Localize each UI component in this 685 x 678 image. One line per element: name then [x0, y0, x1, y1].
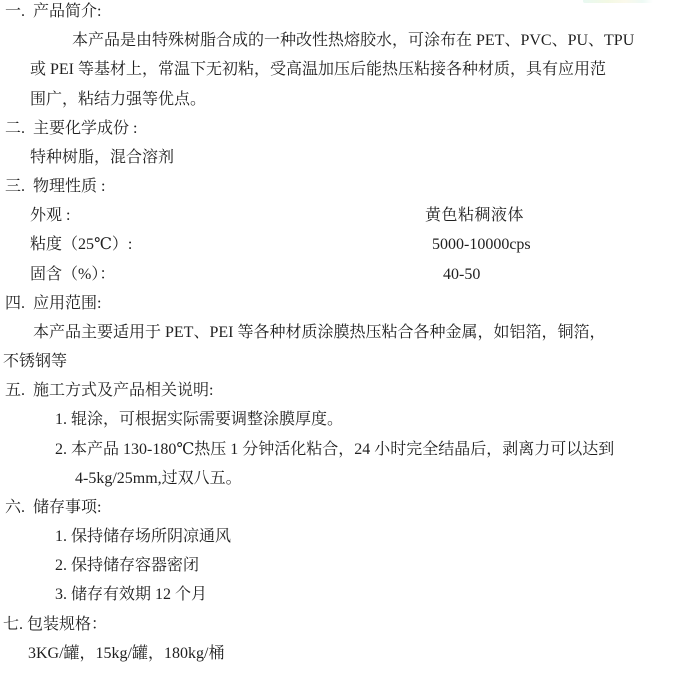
- doc-line-text: 固含（%）：: [30, 266, 115, 283]
- doc-line: 六. 储存事项:: [0, 498, 685, 520]
- doc-line: 三. 物理性质 :: [0, 177, 685, 199]
- doc-line: 不锈钢等: [0, 352, 685, 374]
- doc-line: 1. 辊涂，可根据实际需要调整涂膜厚度。: [0, 410, 685, 432]
- doc-line: 二. 主要化学成份 :: [0, 119, 685, 141]
- doc-line-text: 六. 储存事项:: [5, 499, 101, 516]
- doc-line-text: 本产品主要适用于 PET、PEI 等各种材质涂膜热压粘合各种金属，如铝箔，铜箔，: [33, 324, 605, 341]
- doc-line-text: 2. 保持储存容器密闭: [55, 557, 199, 574]
- doc-line-text: 2. 本产品 130-180℃热压 1 分钟活化粘合，24 小时完全结晶后，剥离…: [55, 441, 614, 458]
- doc-line-text: 1. 保持储存场所阴凉通风: [55, 528, 231, 545]
- doc-line: 4-5kg/25mm,过双八五。: [0, 469, 685, 491]
- doc-line-text: 七. 包装规格：: [3, 616, 107, 633]
- doc-line-text: 三. 物理性质 :: [5, 178, 105, 195]
- doc-line-text: 二. 主要化学成份 :: [5, 120, 137, 137]
- doc-line-text: 五. 施工方式及产品相关说明:: [5, 382, 213, 399]
- doc-line-text: 或 PEI 等基材上，常温下无初粘，受高温加压后能热压粘接各种材质，具有应用范: [30, 61, 606, 78]
- doc-line-text: 3KG/罐，15kg/罐，180kg/桶: [28, 645, 224, 662]
- doc-line-text: 不锈钢等: [3, 353, 67, 370]
- doc-line: 2. 本产品 130-180℃热压 1 分钟活化粘合，24 小时完全结晶后，剥离…: [0, 440, 685, 462]
- doc-line: 七. 包装规格：: [0, 615, 685, 637]
- doc-line: 3KG/罐，15kg/罐，180kg/桶: [0, 644, 685, 666]
- property-value: 40-50: [443, 265, 480, 285]
- doc-line-text: 4-5kg/25mm,过双八五。: [75, 470, 242, 487]
- doc-line-text: 本产品是由特殊树脂合成的一种改性热熔胶水，可涂布在 PET、PVC、PU、TPU: [72, 32, 634, 49]
- doc-line-text: 一. 产品简介:: [5, 3, 101, 20]
- property-value: 5000-10000cps: [432, 235, 531, 255]
- doc-line-text: 1. 辊涂，可根据实际需要调整涂膜厚度。: [55, 411, 343, 428]
- doc-line-text: 粘度（25℃）:: [30, 236, 132, 253]
- doc-line: 3. 储存有效期 12 个月: [0, 585, 685, 607]
- doc-line: 五. 施工方式及产品相关说明:: [0, 381, 685, 403]
- doc-line-text: 特种树脂，混合溶剂: [30, 149, 174, 166]
- doc-line: 一. 产品简介:: [0, 2, 685, 24]
- doc-line-text: 围广，粘结力强等优点。: [30, 91, 206, 108]
- document-page: 一. 产品简介:本产品是由特殊树脂合成的一种改性热熔胶水，可涂布在 PET、PV…: [0, 0, 685, 678]
- doc-line: 围广，粘结力强等优点。: [0, 90, 685, 112]
- doc-line-text: 四. 应用范围:: [5, 295, 101, 312]
- doc-line: 2. 保持储存容器密闭: [0, 556, 685, 578]
- doc-line: 1. 保持储存场所阴凉通风: [0, 527, 685, 549]
- doc-line: 四. 应用范围:: [0, 294, 685, 316]
- doc-line-text: 3. 储存有效期 12 个月: [55, 586, 207, 603]
- doc-line: 本产品是由特殊树脂合成的一种改性热熔胶水，可涂布在 PET、PVC、PU、TPU: [0, 31, 685, 53]
- doc-line: 固含（%）：40-50: [0, 265, 685, 287]
- doc-line: 外观 :黄色粘稠液体: [0, 206, 685, 228]
- doc-line-text: 外观 :: [30, 207, 70, 224]
- property-value: 黄色粘稠液体: [425, 206, 524, 226]
- doc-line: 本产品主要适用于 PET、PEI 等各种材质涂膜热压粘合各种金属，如铝箔，铜箔，: [0, 323, 685, 345]
- doc-line: 特种树脂，混合溶剂: [0, 148, 685, 170]
- doc-line: 或 PEI 等基材上，常温下无初粘，受高温加压后能热压粘接各种材质，具有应用范: [0, 60, 685, 82]
- doc-line: 粘度（25℃）:5000-10000cps: [0, 235, 685, 257]
